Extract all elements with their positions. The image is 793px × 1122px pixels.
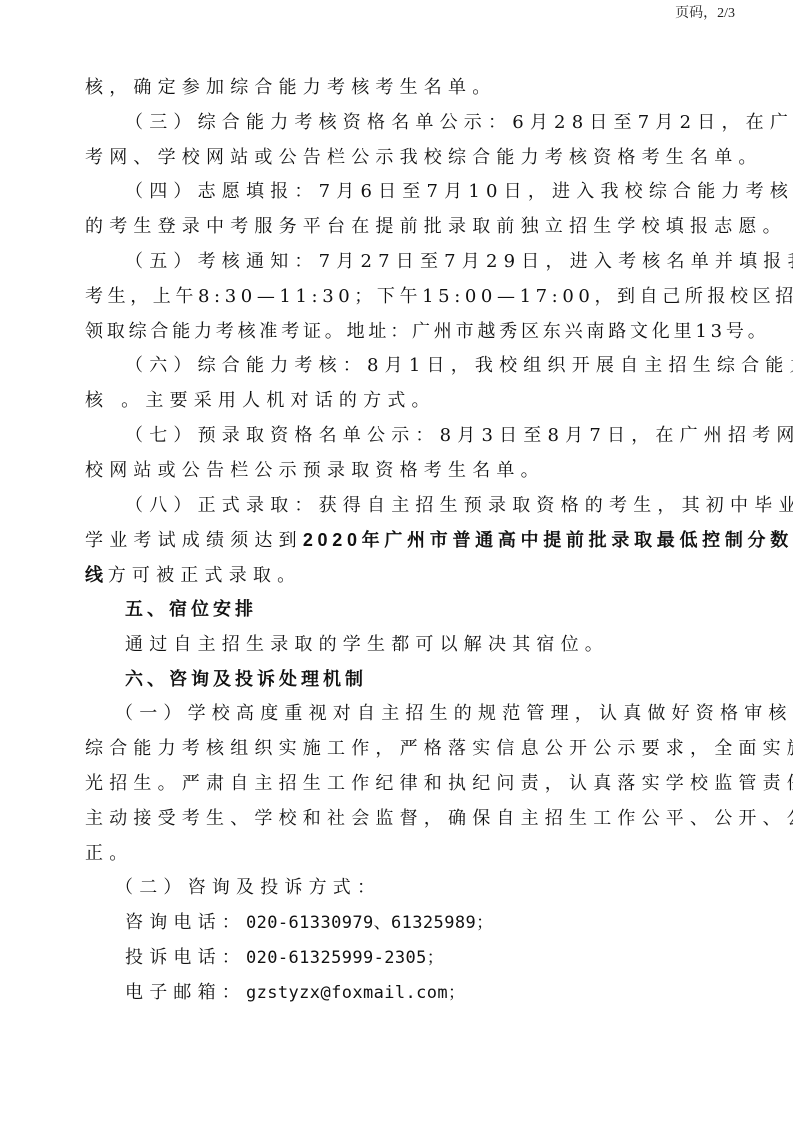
bold-emphasis-text: 2020年广州市普通高中提前批录取最低控制分数 xyxy=(303,530,793,550)
consult-phone-label: 咨询电话： xyxy=(125,912,246,933)
paragraph-line: （五）考核通知：7月27日至7月29日，进入考核名单并填报我校的 xyxy=(85,245,710,280)
consult-phone-line: 咨询电话：020-61330979、61325989； xyxy=(85,906,710,941)
email-value: gzstyzx@foxmail.com； xyxy=(246,983,465,1003)
paragraph-line: 核，确定参加综合能力考核考生名单。 xyxy=(85,71,710,106)
page-number: 页码，2/3 xyxy=(675,2,735,22)
paragraph-line: 的考生登录中考服务平台在提前批录取前独立招生学校填报志愿。 xyxy=(85,210,710,245)
complaint-phone-line: 投诉电话：020-61325999-2305； xyxy=(85,941,710,976)
paragraph-line: （四）志愿填报：7月6日至7月10日，进入我校综合能力考核名单 xyxy=(85,175,710,210)
paragraph-line: 考生，上午8:30—11:30；下午15:00—17:00，到自己所报校区招生办 xyxy=(85,280,710,315)
paragraph-line: 核 。主要采用人机对话的方式。 xyxy=(85,384,710,419)
paragraph-line: （三）综合能力考核资格名单公示：6月28日至7月2日，在广州招 xyxy=(85,106,710,141)
paragraph-line: （七）预录取资格名单公示：8月3日至8月7日，在广州招考网、学 xyxy=(85,419,710,454)
email-label: 电子邮箱： xyxy=(125,982,246,1003)
paragraph-line: 主动接受考生、学校和社会监督，确保自主招生工作公平、公开、公 xyxy=(85,802,710,837)
paragraph-line: 综合能力考核组织实施工作，严格落实信息公开公示要求，全面实施阳 xyxy=(85,732,710,767)
bold-emphasis-text: 线 xyxy=(85,565,108,585)
paragraph-line: （二）咨询及投诉方式： xyxy=(85,871,710,906)
document-body: 核，确定参加综合能力考核考生名单。 （三）综合能力考核资格名单公示：6月28日至… xyxy=(85,71,710,1011)
email-line: 电子邮箱：gzstyzx@foxmail.com； xyxy=(85,976,710,1011)
paragraph-text: 方可被正式录取。 xyxy=(108,565,302,586)
paragraph-line: （八）正式录取：获得自主招生预录取资格的考生，其初中毕业生 xyxy=(85,489,710,524)
paragraph-line: （六）综合能力考核：8月1日，我校组织开展自主招生综合能力考 xyxy=(85,349,710,384)
paragraph-line: 校网站或公告栏公示预录取资格考生名单。 xyxy=(85,454,710,489)
paragraph-line: 正。 xyxy=(85,837,710,872)
complaint-phone-value: 020-61325999-2305； xyxy=(246,948,444,968)
paragraph-line: 通过自主招生录取的学生都可以解决其宿位。 xyxy=(85,628,710,663)
complaint-phone-label: 投诉电话： xyxy=(125,947,246,968)
paragraph-text: 学业考试成绩须达到 xyxy=(85,530,303,551)
paragraph-line: 线方可被正式录取。 xyxy=(85,558,710,593)
paragraph-line: （一）学校高度重视对自主招生的规范管理，认真做好资格审核、 xyxy=(85,697,710,732)
paragraph-line: 光招生。严肃自主招生工作纪律和执纪问责，认真落实学校监管责任， xyxy=(85,767,710,802)
paragraph-line: 学业考试成绩须达到2020年广州市普通高中提前批录取最低控制分数 xyxy=(85,523,710,558)
consult-phone-value: 020-61330979、61325989； xyxy=(246,913,494,933)
section-heading-dormitory: 五、宿位安排 xyxy=(85,593,710,628)
paragraph-line: 考网、学校网站或公告栏公示我校综合能力考核资格考生名单。 xyxy=(85,141,710,176)
section-heading-consultation: 六、咨询及投诉处理机制 xyxy=(85,663,710,698)
paragraph-line: 领取综合能力考核准考证。地址：广州市越秀区东兴南路文化里13号。 xyxy=(85,315,710,350)
